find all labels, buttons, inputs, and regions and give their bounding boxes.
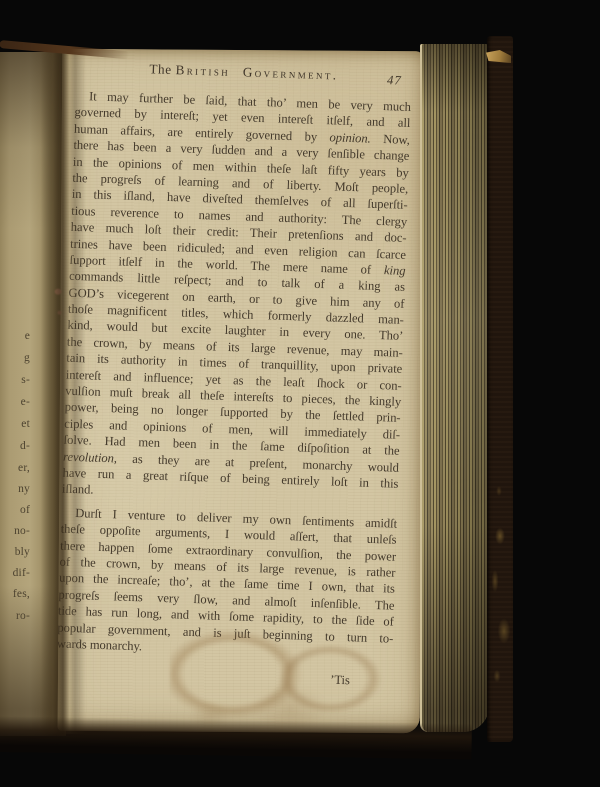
gutter-fragment: e bbox=[0, 330, 30, 342]
book-photo: e g s- e- et d- er, ny of no- bly dif- f… bbox=[0, 0, 600, 787]
gutter-fragment: g bbox=[0, 352, 30, 364]
running-title: The British Government. bbox=[76, 59, 412, 86]
paragraph-2: Durſt I venture to deliver my own ſentim… bbox=[57, 504, 398, 663]
gutter-fragment: e- bbox=[0, 396, 30, 408]
paragraph-1: It may further be ſaid, that tho’ men be… bbox=[62, 88, 411, 509]
gutter-fragment: et bbox=[0, 418, 30, 430]
gutter-fragment: er, bbox=[0, 462, 30, 474]
gutter-fragment: ny bbox=[0, 483, 30, 495]
gutter-fragment: no- bbox=[0, 525, 30, 537]
running-title-prefix: The bbox=[149, 61, 176, 77]
gutter-fragment: s- bbox=[0, 374, 30, 386]
body-text: It may further be ſaid, that tho’ men be… bbox=[56, 88, 411, 691]
gutter-fragment: dif- bbox=[0, 567, 30, 579]
book-cover-edge bbox=[487, 36, 513, 742]
page-text: The British Government. 47 It may furthe… bbox=[56, 59, 412, 690]
gutter-fragment: fes, bbox=[0, 588, 30, 600]
previous-page-sliver: e g s- e- et d- er, ny of no- bly dif- f… bbox=[0, 52, 66, 736]
gutter-fragment: bly bbox=[0, 546, 30, 558]
gutter-fragment: d- bbox=[0, 440, 30, 452]
page-header: The British Government. 47 bbox=[76, 59, 412, 88]
book-page: The British Government. 47 It may furthe… bbox=[58, 49, 425, 734]
gutter-fragment: ro- bbox=[0, 610, 30, 622]
gutter-fragment: of bbox=[0, 504, 30, 516]
running-title-caps: British Government. bbox=[175, 62, 338, 82]
catchword: ’Tis bbox=[56, 663, 392, 691]
bottom-page-shadow bbox=[0, 716, 472, 759]
fore-edge-pages bbox=[420, 44, 489, 732]
page-number: 47 bbox=[387, 73, 402, 88]
